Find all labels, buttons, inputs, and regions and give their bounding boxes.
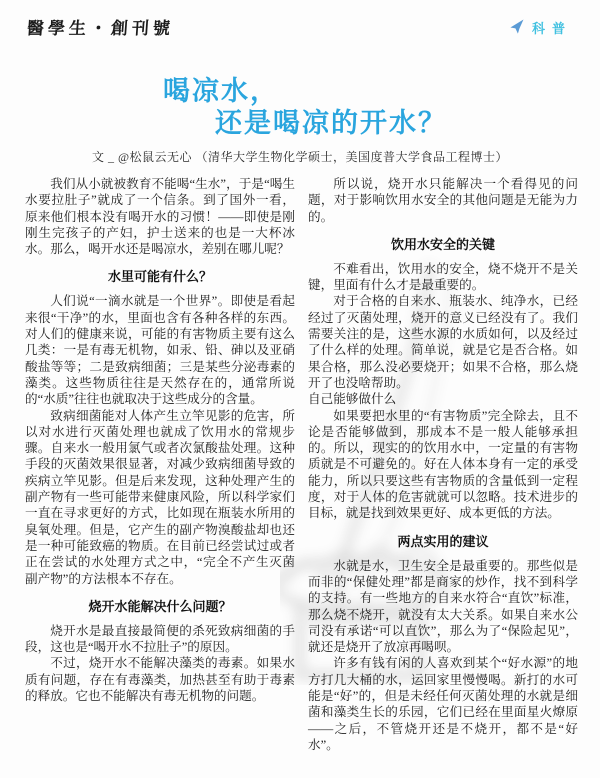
article-title: 喝凉水， 还是喝凉的开水？ <box>0 76 600 140</box>
paragraph: 所以说，烧开水只能解决一个看得见的问题，对于影响饮用水安全的其他问题是无能为力的… <box>308 176 578 225</box>
section-label: 科普 <box>532 18 572 37</box>
section-heading: 水里可能有什么？ <box>25 266 295 285</box>
section-heading: 两点实用的建议 <box>308 531 578 550</box>
byline: 文 _ @松鼠云无心 （清华大学生物化学硕士，美国度普大学食品工程博士） <box>0 148 600 165</box>
paragraph: 不难看出，饮用水的安全，烧不烧开不是关键，里面有什么才是最重要的。 <box>308 261 578 294</box>
section-heading: 烧开水能解决什么问题？ <box>25 596 295 615</box>
section-heading: 饮用水安全的关键 <box>308 234 578 253</box>
left-column: 我们从小就被教育不能喝“生水”，于是“喝生水要拉肚子”就成了一个信条。到了国外一… <box>25 176 295 774</box>
paragraph: 不过，烧开水不能解决藻类的毒素。如果水质有问题，存在有毒藻类，加热甚至有助于毒素… <box>25 655 295 704</box>
article-title-line1: 喝凉水， <box>163 76 600 108</box>
paragraph: 我们从小就被教育不能喝“生水”，于是“喝生水要拉肚子”就成了一个信条。到了国外一… <box>25 176 295 257</box>
paragraph: 如果要把水里的“有害物质”完全除去，且不论是否能够做到，那成本不是一般人能够承担… <box>308 408 578 522</box>
magazine-page: 醫學生・創刊號 科普 喝凉水， 还是喝凉的开水？ 文 _ @松鼠云无心 （清华大… <box>0 0 600 778</box>
article-body: 我们从小就被教育不能喝“生水”，于是“喝生水要拉肚子”就成了一个信条。到了国外一… <box>25 176 578 774</box>
paper-plane-icon <box>509 19 526 36</box>
article-title-line2: 还是喝凉的开水？ <box>215 108 600 140</box>
paragraph: 致病细菌能对人体产生立竿见影的危害，所以对水进行灭菌处理也就成了饮用水的常规步骤… <box>25 408 295 587</box>
paragraph: 对于合格的自来水、瓶装水、纯净水，已经经过了灭菌处理，烧开的意义已经没有了。我们… <box>308 293 578 391</box>
right-column: 所以说，烧开水只能解决一个看得见的问题，对于影响饮用水安全的其他问题是无能为力的… <box>308 176 578 774</box>
masthead-title: 醫學生・創刊號 <box>26 14 175 39</box>
paragraph: 烧开水是最直接最简便的杀死致病细菌的手段，这也是“喝开水不拉肚子”的原因。 <box>25 623 295 656</box>
paragraph: 许多有钱有闲的人喜欢到某个“好水源”的地方打几大桶的水，运回家里慢慢喝。新打的水… <box>308 655 578 753</box>
paragraph: 水就是水，卫生安全是最重要的。那些似是而非的“保健处理”都是商家的炒作，找不到科… <box>308 558 578 656</box>
section-heading: 自己能够做什么 <box>308 391 578 407</box>
paragraph: 人们说“一滴水就是一个世界”。即使是看起来很“干净”的水，里面也含有各种各样的东… <box>25 293 295 407</box>
section-tag: 科普 <box>510 18 572 37</box>
